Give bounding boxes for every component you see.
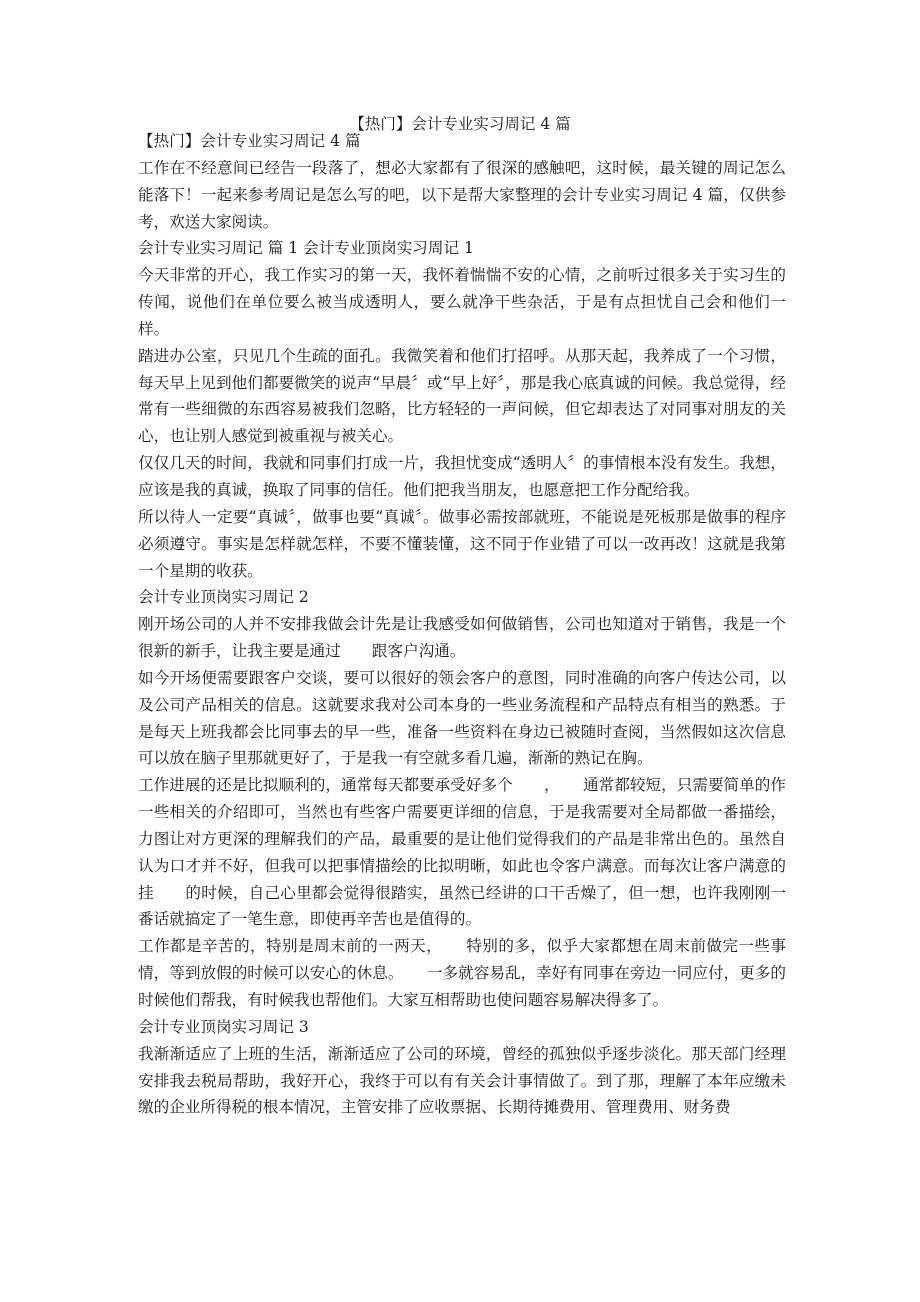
paragraph: 如今开场便需要跟客户交谈，要可以很好的领会客户的意图，同时准确的向客户传达公司，…	[138, 665, 786, 772]
paragraph: 踏进办公室，只见几个生疏的面孔。我微笑着和他们打招呼。从那天起，我养成了一个习惯…	[138, 343, 786, 450]
paragraph: 所以待人一定要“真诚〞，做事也要“真诚〞。做事必需按部就班，不能说是死板那是做事…	[138, 504, 786, 585]
document-body: 【热门】会计专业实习周记 4 篇 工作在不经意间已经告一段落了，想必大家都有了很…	[138, 128, 786, 1121]
paragraph: 仅仅几天的时间，我就和同事们打成一片，我担忧变成“透明人〞的事情根本没有发生。我…	[138, 450, 786, 504]
section-heading-3: 会计专业顶岗实习周记 3	[138, 1014, 786, 1041]
paragraph: 今天非常的开心，我工作实习的第一天，我怀着惴惴不安的心情，之前听过很多关于实习生…	[138, 262, 786, 343]
paragraph: 工作都是辛苦的，特别是周末前的一两天， 特别的多，似乎大家都想在周末前做完一些事…	[138, 933, 786, 1014]
intro-paragraph: 工作在不经意间已经告一段落了，想必大家都有了很深的感触吧，这时候，最关键的周记怎…	[138, 155, 786, 236]
document-page: 【热门】会计专业实习周记 4 篇 【热门】会计专业实习周记 4 篇 工作在不经意…	[0, 0, 920, 1302]
paragraph: 我渐渐适应了上班的生活，渐渐适应了公司的环境，曾经的孤独似乎逐步淡化。那天部门经…	[138, 1041, 786, 1122]
paragraph: 刚开场公司的人并不安排我做会计先是让我感受如何做销售，公司也知道对于销售，我是一…	[138, 611, 786, 665]
section-heading-2: 会计专业顶岗实习周记 2	[138, 584, 786, 611]
paragraph: 工作进展的还是比拟顺利的，通常每天都要承受好多个 ， 通常都较短，只需要简单的作…	[138, 772, 786, 933]
article-heading: 【热门】会计专业实习周记 4 篇	[138, 128, 786, 155]
section-heading-1: 会计专业实习周记 篇 1 会计专业顶岗实习周记 1	[138, 235, 786, 262]
